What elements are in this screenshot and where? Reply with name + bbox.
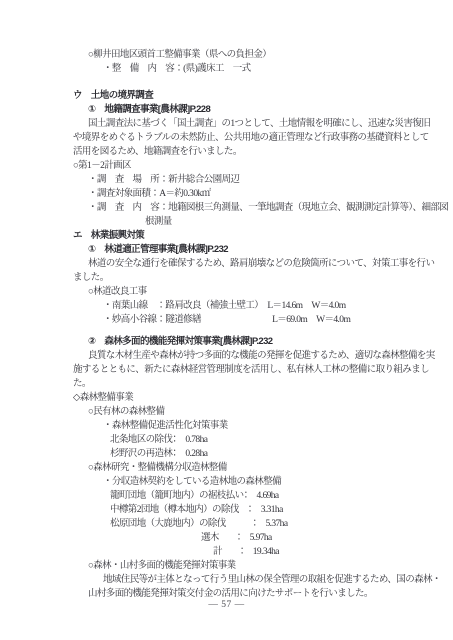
heading-tochi-boundary-survey: ウ 土地の境界調査 (73, 89, 427, 103)
line-total-value: 計 ： 19.34ha (73, 545, 427, 559)
line-kouji-yanaida: ○柳井田地区頭首工整備事業（県への負担金） (73, 48, 427, 62)
heading-chiseki-chousa-jigyou: ① 地籍調査事業[農林課]P.228 (73, 103, 427, 117)
para-sanson-line2: 山村多面的機能発揮対策交付金の活用に向けたサポートを行いました。 (73, 587, 427, 601)
line-suginosawa-saizourin: 杉野沢の再造林： 0.28ha (73, 447, 427, 461)
line-chousa-naiyou-cont: 根測量 (73, 215, 427, 229)
page-content: ○柳井田地区頭首工整備事業（県への負担金） ・整 備 内 容：(県)護床工 一式… (0, 0, 453, 601)
para-shinrin-line3: た。 (73, 377, 427, 391)
line-sokushin-taisaku: ・森林整備促進活性化対策事業 (73, 419, 427, 433)
para-rindou-line2: ました。 (73, 271, 427, 285)
line-houjou-jobatsu: 北条地区の除伐： 0.78ha (73, 433, 427, 447)
heading-ringyou-shinkou: エ 林業振興対策 (73, 229, 427, 243)
heading-shinrin-tamen-jigyou: ② 森林多面的機能発揮対策事業[農林課]P.232 (73, 335, 427, 349)
line-matsubara-danchi: 松原団地（大鹿地内）の除伐 ： 5.37ha (73, 517, 427, 531)
line-rindou-kairyou-kouji: ○林道改良工事 (73, 285, 427, 299)
line-shinrin-kenkyuu-kikou: ○森林研究・整備機構分収造林整備 (73, 461, 427, 475)
line-seibi-naiyou: ・整 備 内 容：(県)護床工 一式 (73, 62, 427, 76)
line-kagomachi-danchi: 籠町団地（籠町地内）の裾枝払い： 4.69ha (73, 489, 427, 503)
line-chousa-menseki: ・調査対象面積：A＝約0.30k㎡ (73, 187, 427, 201)
line-nakataru-danchi: 中樽第2団地（樽本地内）の除伐 ： 3.31ha (73, 503, 427, 517)
line-senboku-value: 選木 ： 5.97ha (73, 531, 427, 545)
document-page: ○柳井田地区頭首工整備事業（県への負担金） ・整 備 内 容：(県)護床工 一式… (0, 0, 453, 640)
line-minyuurin-seibi: ○民有林の森林整備 (73, 405, 427, 419)
line-keikaku-ku: ○第1－2計画区 (73, 159, 427, 173)
para-sanson-line1: 地域住民等が主体となって行う里山林の保全管理の取組を促進するため、国の森林・ (73, 573, 427, 587)
page-number: ― 57 ― (0, 600, 453, 610)
line-chousa-naiyou: ・調 査 内 容：地籍図根三角測量、一筆地調査（現地立会、観測測定計算等）、細部… (73, 201, 427, 215)
para-rindou-line1: 林道の安全な通行を確保するため、路肩崩壊などの危険箇所について、対策工事を行い (73, 257, 427, 271)
para-chiseki-line3: 活用を図るため、地籍調査を行いました。 (73, 145, 427, 159)
para-shinrin-line1: 良質な木材生産や森林が持つ多面的な機能の発揮を促進するため、適切な森林整備を実 (73, 349, 427, 363)
line-bunshuu-zourin-keiyaku: ・分収造林契約をしている造林地の森林整備 (73, 475, 427, 489)
para-shinrin-line2: 施するとともに、新たに森林経営管理制度を活用し、私有林人工林の整備に取り組みまし (73, 363, 427, 377)
line-nanbayama-sen: ・南葉山線 ：路肩改良（補強土壁工） L＝14.6m W＝4.0m (73, 299, 427, 313)
line-chousa-basho: ・調 査 場 所：新井総合公園周辺 (73, 173, 427, 187)
line-myoukou-kotani-sen: ・妙高小谷線：隧道修繕 L＝69.0m W＝4.0m (73, 313, 427, 327)
para-chiseki-line2: や境界をめぐるトラブルの未然防止、公共用地の適正管理など行政事務の基礎資料として (73, 131, 427, 145)
line-shinrin-sanson-jigyou: ○森林・山村多面的機能発揮対策事業 (73, 559, 427, 573)
para-chiseki-line1: 国土調査法に基づく「国土調査」の1つとして、土地情報を明確にし、迅速な災害復旧 (73, 117, 427, 131)
line-shinrin-seibi-jigyou: ◇森林整備事業 (73, 391, 427, 405)
heading-rindou-kanri-jigyou: ① 林道適正管理事業[農林課]P.232 (73, 243, 427, 257)
